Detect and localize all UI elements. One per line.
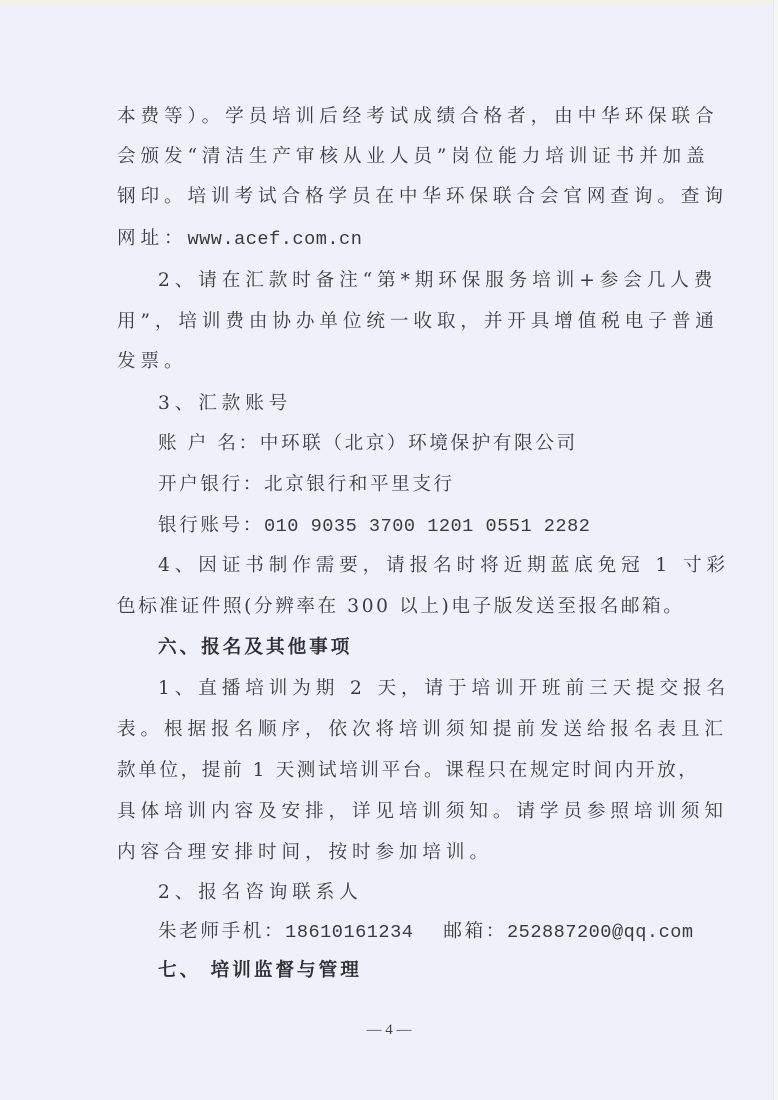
- paragraph-line: 内容合理安排时间，按时参加培训。: [117, 839, 662, 867]
- paragraph-line: 表。根据报名顺序，依次将培训须知提前发送给报名表且汇: [117, 716, 662, 744]
- page-number: — 4 —: [0, 1022, 778, 1039]
- account-name-label: 账 户 名：: [158, 433, 260, 454]
- paragraph-line: 1、直播培训为期 2 天，请于培训开班前三天提交报名: [158, 675, 662, 703]
- paragraph-line: 款单位，提前 1 天测试培训平台。课程只在规定时间内开放，: [117, 757, 662, 785]
- paragraph-line: 4、因证书制作需要，请报名时将近期蓝底免冠 1 寸彩: [158, 552, 662, 580]
- paragraph-line: 2、请在汇款时备注“第*期环保服务培训+参会几人费: [158, 267, 662, 295]
- query-url-line: 网址：www.acef.com.cn: [117, 225, 662, 253]
- contact-line: 朱老师手机：18610161234邮箱：252887200@qq.com: [158, 918, 678, 946]
- paragraph-line: 具体培训内容及安排，详见培训须知。请学员参照培训须知: [117, 798, 662, 826]
- account-number-value: 010 9035 3700 1201 0551 2282: [264, 516, 590, 537]
- account-number-line: 银行账号：010 9035 3700 1201 0551 2282: [158, 512, 662, 540]
- paragraph-line: 会颁发“清洁生产审核从业人员”岗位能力培训证书并加盖: [117, 143, 662, 171]
- paragraph-line: 用”，培训费由协办单位统一收取，并开具增值税电子普通: [117, 308, 662, 336]
- url-label: 网址：: [117, 228, 187, 249]
- section-heading-6: 六、报名及其他事项: [158, 634, 662, 662]
- paragraph-line: 钢印。培训考试合格学员在中华环保联合会官网查询。查询: [117, 183, 662, 211]
- bank-value: 北京银行和平里支行: [264, 474, 455, 495]
- email-link[interactable]: 252887200@qq.com: [507, 922, 694, 943]
- bank-label: 开户银行：: [158, 474, 264, 495]
- bank-line: 开户银行：北京银行和平里支行: [158, 471, 662, 499]
- email-label: 邮箱：: [443, 921, 507, 942]
- account-number-label: 银行账号：: [158, 515, 264, 536]
- account-name-value: 中环联（北京）环境保护有限公司: [260, 433, 578, 454]
- document-page: 本费等）。学员培训后经考试成绩合格者，由中华环保联合 会颁发“清洁生产审核从业人…: [0, 0, 778, 1100]
- account-name-line: 账 户 名：中环联（北京）环境保护有限公司: [158, 430, 662, 458]
- subheading-remittance: 3、汇款账号: [158, 390, 662, 418]
- phone-value: 18610161234: [285, 922, 413, 943]
- phone-label: 朱老师手机：: [158, 921, 285, 942]
- paragraph-line: 色标准证件照(分辨率在 300 以上)电子版发送至报名邮箱。: [117, 593, 662, 621]
- subheading-contact: 2、报名咨询联系人: [158, 879, 662, 907]
- paragraph-line: 本费等）。学员培训后经考试成绩合格者，由中华环保联合: [117, 103, 662, 131]
- section-heading-7: 七、 培训监督与管理: [158, 957, 662, 985]
- url-link[interactable]: www.acef.com.cn: [187, 229, 362, 250]
- paragraph-line: 发票。: [117, 348, 662, 376]
